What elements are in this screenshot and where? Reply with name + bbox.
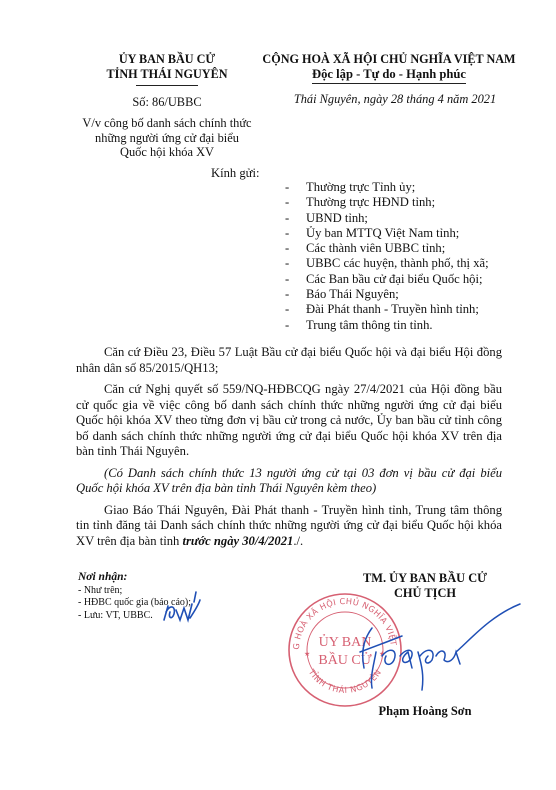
recipient-item: -Thường trực HĐND tỉnh; (282, 195, 489, 210)
bullet-dash: - (285, 180, 289, 195)
bullet-dash: - (285, 272, 289, 287)
subject-line: những người ứng cử đại biểu (62, 131, 272, 146)
distribution-list: Nơi nhận: - Như trên; - HĐBC quốc gia (b… (78, 571, 191, 622)
recipient-text: Đài Phát thanh - Truyền hình tỉnh; (306, 302, 479, 316)
recipient-text: Các Ban bầu cử đại biểu Quốc hội; (306, 272, 482, 286)
recipient-text: Trung tâm thông tin tỉnh. (306, 318, 433, 332)
distribution-item: - Như trên; (78, 585, 191, 598)
recipient-text: UBBC các huyện, thành phố, thị xã; (306, 256, 489, 270)
place-date: Thái Nguyên, ngày 28 tháng 4 năm 2021 (270, 92, 520, 107)
distribution-title: Nơi nhận: (78, 571, 191, 584)
header-divider (136, 85, 198, 86)
document-subject: V/v công bố danh sách chính thức những n… (62, 116, 272, 160)
bullet-dash: - (285, 241, 289, 256)
svg-text:★: ★ (379, 650, 385, 658)
svg-text:★: ★ (304, 650, 310, 658)
bullet-dash: - (285, 195, 289, 210)
recipient-item: -Ủy ban MTTQ Việt Nam tỉnh; (282, 226, 489, 241)
recipient-item: -Báo Thái Nguyên; (282, 287, 489, 302)
closing-mark: ./. (293, 534, 303, 548)
body-paragraph-legal-basis: Căn cứ Điều 23, Điều 57 Luật Bầu cử đại … (76, 345, 502, 376)
issuing-authority: ỦY BAN BẦU CỬ TỈNH THÁI NGUYÊN (92, 52, 242, 86)
document-body: Căn cứ Điều 23, Điều 57 Luật Bầu cử đại … (76, 345, 502, 555)
recipient-item: -Trung tâm thông tin tỉnh. (282, 318, 489, 333)
recipient-item: -Các Ban bầu cử đại biểu Quốc hội; (282, 272, 489, 287)
bullet-dash: - (285, 302, 289, 317)
seal-center-line-1: ỦY BAN (319, 633, 372, 650)
authority-line-2: TỈNH THÁI NGUYÊN (92, 67, 242, 82)
bullet-dash: - (285, 256, 289, 271)
signer-position: CHỦ TỊCH (320, 586, 530, 601)
recipient-text: Thường trực HĐND tỉnh; (306, 195, 435, 209)
body-paragraph-resolution: Căn cứ Nghị quyết số 559/NQ-HĐBCQG ngày … (76, 382, 502, 460)
subject-line: Quốc hội khóa XV (62, 145, 272, 160)
recipient-text: Các thành viên UBBC tỉnh; (306, 241, 445, 255)
recipient-item: -UBND tỉnh; (282, 211, 489, 226)
handwritten-signature-icon (360, 604, 520, 690)
recipient-text: Thường trực Tỉnh ủy; (306, 180, 415, 194)
nation-title: CỘNG HOÀ XÃ HỘI CHỦ NGHĨA VIỆT NAM (258, 52, 520, 67)
recipient-text: UBND tỉnh; (306, 211, 368, 225)
national-header: CỘNG HOÀ XÃ HỘI CHỦ NGHĨA VIỆT NAM Độc l… (258, 52, 520, 84)
recipient-text: Báo Thái Nguyên; (306, 287, 399, 301)
recipient-item: -Đài Phát thanh - Truyền hình tỉnh; (282, 302, 489, 317)
distribution-item: - Lưu: VT, UBBC. (78, 610, 191, 623)
body-paragraph-attachment-note: (Có Danh sách chính thức 13 người ứng cử… (76, 466, 502, 497)
seal-center-line-2: BẦU CỬ (318, 651, 371, 668)
distribution-item: - HĐBC quốc gia (báo cáo); (78, 597, 191, 610)
deadline-emphasis: trước ngày 30/4/2021 (182, 534, 293, 548)
bullet-dash: - (285, 318, 289, 333)
authority-line-1: ỦY BAN BẦU CỬ (92, 52, 242, 67)
signature-block: TM. ỦY BAN BẦU CỬ CHỦ TỊCH (320, 571, 530, 601)
subject-line: V/v công bố danh sách chính thức (62, 116, 272, 131)
addressee-label: Kính gửi: (211, 166, 259, 181)
document-number: Số: 86/UBBC (92, 95, 242, 110)
recipient-item: -Các thành viên UBBC tỉnh; (282, 241, 489, 256)
signer-name: Phạm Hoàng Sơn (320, 704, 530, 719)
svg-text:TỈNH THÁI NGUYÊN: TỈNH THÁI NGUYÊN (306, 666, 383, 695)
recipient-list: -Thường trực Tỉnh ủy; -Thường trực HĐND … (282, 180, 489, 333)
recipient-text: Ủy ban MTTQ Việt Nam tỉnh; (306, 226, 459, 240)
bullet-dash: - (285, 226, 289, 241)
on-behalf-of: TM. ỦY BAN BẦU CỬ (320, 571, 530, 586)
bullet-dash: - (285, 287, 289, 302)
bullet-dash: - (285, 211, 289, 226)
national-motto: Độc lập - Tự do - Hạnh phúc (312, 67, 466, 84)
body-paragraph-assignment: Giao Báo Thái Nguyên, Đài Phát thanh - T… (76, 503, 502, 550)
recipient-item: -UBBC các huyện, thành phố, thị xã; (282, 256, 489, 271)
recipient-item: -Thường trực Tỉnh ủy; (282, 180, 489, 195)
